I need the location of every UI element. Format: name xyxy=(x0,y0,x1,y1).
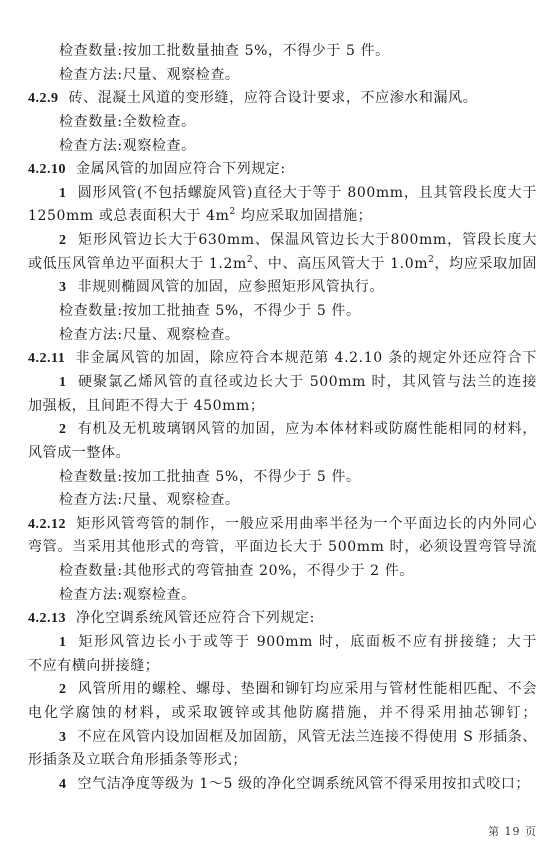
list-item: 3不应在风管内设加固框及加固筋，风管无法兰连接不得使用 S 形插条、直角 xyxy=(28,726,537,750)
clause-heading: 4.2.11非金属风管的加固，除应符合本规范第 4.2.10 条的规定外还应符合… xyxy=(28,347,537,371)
line-text: 矩形风管弯管的制作，一般应采用曲率半径为一个平面边长的内外同心弧形 xyxy=(28,516,537,537)
list-item: 1矩形风管边长小于或等于 900mm 时，底面板不应有拼接缝；大于 900mm … xyxy=(28,631,537,655)
line-text: 矩形风管边长大于630mm、保温风管边长大于800mm，管段长度大于1250mm xyxy=(59,232,537,253)
paragraph-line: 检查方法:观察检查。 xyxy=(28,135,537,159)
line-text: 硬聚氯乙烯风管的直径或边长大于 500mm 时，其风管与法兰的连接处应设 xyxy=(59,374,537,395)
line-text: 非规则椭圆风管的加固，应参照矩形风管执行。 xyxy=(78,279,385,295)
line-text: 检查方法:尺量、观察检查。 xyxy=(59,327,240,343)
line-text: 或低压风管单边平面积大于 1.2m xyxy=(28,256,247,272)
item-number: 2 xyxy=(59,682,67,697)
line-text: 不应有横向拼接缝； xyxy=(28,658,159,674)
paragraph-line: 检查数量:按加工批数量抽查 5%，不得少于 5 件。 xyxy=(28,40,537,64)
line-text: 检查方法:观察检查。 xyxy=(59,587,196,603)
line-text: 1250mm 或总表面积大于 4m xyxy=(28,208,229,224)
clause-number: 4.2.12 xyxy=(28,517,66,532)
line-text: 净化空调系统风管还应符合下列规定: xyxy=(76,610,315,626)
paragraph-line: 检查方法:尺量、观察检查。 xyxy=(28,64,537,88)
line-text: 检查数量:全数检查。 xyxy=(59,114,196,130)
line-text: 金属风管的加固应符合下列规定: xyxy=(76,161,286,177)
line-text: 检查数量:其他形式的弯管抽查 20%，不得少于 2 件。 xyxy=(59,563,414,579)
paragraph-line: 检查方法:尺量、观察检查。 xyxy=(28,489,537,513)
clause-number: 4.2.10 xyxy=(28,162,66,177)
line-text: 检查数量:按加工批抽查 5%，不得少于 5 件。 xyxy=(59,469,361,485)
line-text: 检查方法:尺量、观察检查。 xyxy=(59,492,240,508)
paragraph-line: 检查方法:观察检查。 xyxy=(28,584,537,608)
item-number: 1 xyxy=(59,635,67,650)
line-text: 矩形风管边长小于或等于 900mm 时，底面板不应有拼接缝；大于 900mm 时… xyxy=(59,634,537,655)
line-text: 检查数量:按加工批数量抽查 5%，不得少于 5 件。 xyxy=(59,43,390,59)
clause-heading: 4.2.13净化空调系统风管还应符合下列规定: xyxy=(28,607,537,631)
list-item: 1硬聚氯乙烯风管的直径或边长大于 500mm 时，其风管与法兰的连接处应设 xyxy=(28,371,537,395)
item-number: 3 xyxy=(59,730,67,745)
paragraph-continuation-line: 1250mm 或总表面积大于 4m2 均应采取加固措施； xyxy=(28,205,537,229)
line-text: 均应采取加固措施； xyxy=(236,208,372,224)
paragraph-line: 检查数量:按加工批抽查 5%，不得少于 5 件。 xyxy=(28,300,537,324)
line-text: 电化学腐蚀的材料，或采取镀锌或其他防腐措施，并不得采用抽芯铆钉； xyxy=(28,705,537,721)
item-number: 1 xyxy=(59,186,67,201)
line-text: 风管成一整体。 xyxy=(28,445,130,461)
line-text: 弯管。当采用其他形式的弯管，平面边长大于 500mm 时，必须设置弯管导流片。 xyxy=(28,539,537,560)
clause-heading: 4.2.12矩形风管弯管的制作，一般应采用曲率半径为一个平面边长的内外同心弧形 xyxy=(28,513,537,537)
paragraph-continuation-line: 加强板，且间距不得大于 450mm； xyxy=(28,395,537,419)
list-item: 3非规则椭圆风管的加固，应参照矩形风管执行。 xyxy=(28,276,537,300)
line-text: 非金属风管的加固，除应符合本规范第 4.2.10 条的规定外还应符合下列规定: xyxy=(28,350,537,371)
paragraph-continuation-line: 或低压风管单边平面积大于 1.2m2、中、高压风管大于 1.0m2，均应采取加固… xyxy=(28,253,537,277)
line-text: 砖、混凝土风道的变形缝，应符合设计要求，不应渗水和漏风。 xyxy=(69,90,478,106)
paragraph-continuation-line: 形插条及立联合角形插条等形式； xyxy=(28,749,537,773)
line-text: 有机及无机玻璃钢风管的加固，应为本体材料或防腐性能相同的材料，并与 xyxy=(59,421,537,442)
clause-heading: 4.2.9砖、混凝土风道的变形缝，应符合设计要求，不应渗水和漏风。 xyxy=(28,87,537,111)
line-text: 检查方法:观察检查。 xyxy=(59,138,196,154)
document-page: 检查数量:按加工批数量抽查 5%，不得少于 5 件。检查方法:尺量、观察检查。4… xyxy=(0,0,558,866)
paragraph-line: 检查数量:全数检查。 xyxy=(28,111,537,135)
clause-number: 4.2.9 xyxy=(28,91,59,106)
line-text: 不应在风管内设加固框及加固筋，风管无法兰连接不得使用 S 形插条、直角 xyxy=(59,729,537,750)
line-text: 空气洁净度等级为 1～5 级的净化空调系统风管不得采用按扣式咬口； xyxy=(78,776,531,792)
line-text: 检查数量:按加工批抽查 5%，不得少于 5 件。 xyxy=(59,303,361,319)
page-number: 第 19 页 xyxy=(488,823,537,839)
item-number: 2 xyxy=(59,422,67,437)
item-number: 1 xyxy=(59,375,67,390)
line-text: 加强板，且间距不得大于 450mm； xyxy=(28,398,265,414)
list-item: 1圆形风管(不包括螺旋风管)直径大于等于 800mm，且其管段长度大于 xyxy=(28,182,537,206)
clause-number: 4.2.11 xyxy=(28,351,65,366)
item-number: 2 xyxy=(59,233,67,248)
paragraph-continuation-line: 电化学腐蚀的材料，或采取镀锌或其他防腐措施，并不得采用抽芯铆钉； xyxy=(28,702,537,726)
line-text: 检查方法:尺量、观察检查。 xyxy=(59,67,240,83)
list-item: 2风管所用的螺栓、螺母、垫圈和铆钉均应采用与管材性能相匹配、不会产生 xyxy=(28,678,537,702)
line-text: 、中、高压风管大于 1.0m xyxy=(253,256,428,272)
line-text: 风管所用的螺栓、螺母、垫圈和铆钉均应采用与管材性能相匹配、不会产生 xyxy=(59,681,537,702)
list-item: 4空气洁净度等级为 1～5 级的净化空调系统风管不得采用按扣式咬口； xyxy=(28,773,537,797)
paragraph-continuation-line: 弯管。当采用其他形式的弯管，平面边长大于 500mm 时，必须设置弯管导流片。 xyxy=(28,536,537,560)
paragraph-continuation-line: 风管成一整体。 xyxy=(28,442,537,466)
document-body: 检查数量:按加工批数量抽查 5%，不得少于 5 件。检查方法:尺量、观察检查。4… xyxy=(28,40,537,797)
line-text: 形插条及立联合角形插条等形式； xyxy=(28,752,247,768)
paragraph-continuation-line: 不应有横向拼接缝； xyxy=(28,655,537,679)
paragraph-line: 检查数量:按加工批抽查 5%，不得少于 5 件。 xyxy=(28,466,537,490)
list-item: 2矩形风管边长大于630mm、保温风管边长大于800mm，管段长度大于1250m… xyxy=(28,229,537,253)
item-number: 3 xyxy=(59,280,67,295)
line-text: 圆形风管(不包括螺旋风管)直径大于等于 800mm，且其管段长度大于 xyxy=(78,185,538,201)
clause-number: 4.2.13 xyxy=(28,611,66,626)
clause-heading: 4.2.10金属风管的加固应符合下列规定: xyxy=(28,158,537,182)
paragraph-line: 检查方法:尺量、观察检查。 xyxy=(28,324,537,348)
list-item: 2有机及无机玻璃钢风管的加固，应为本体材料或防腐性能相同的材料，并与 xyxy=(28,418,537,442)
item-number: 4 xyxy=(59,777,67,792)
paragraph-line: 检查数量:其他形式的弯管抽查 20%，不得少于 2 件。 xyxy=(28,560,537,584)
